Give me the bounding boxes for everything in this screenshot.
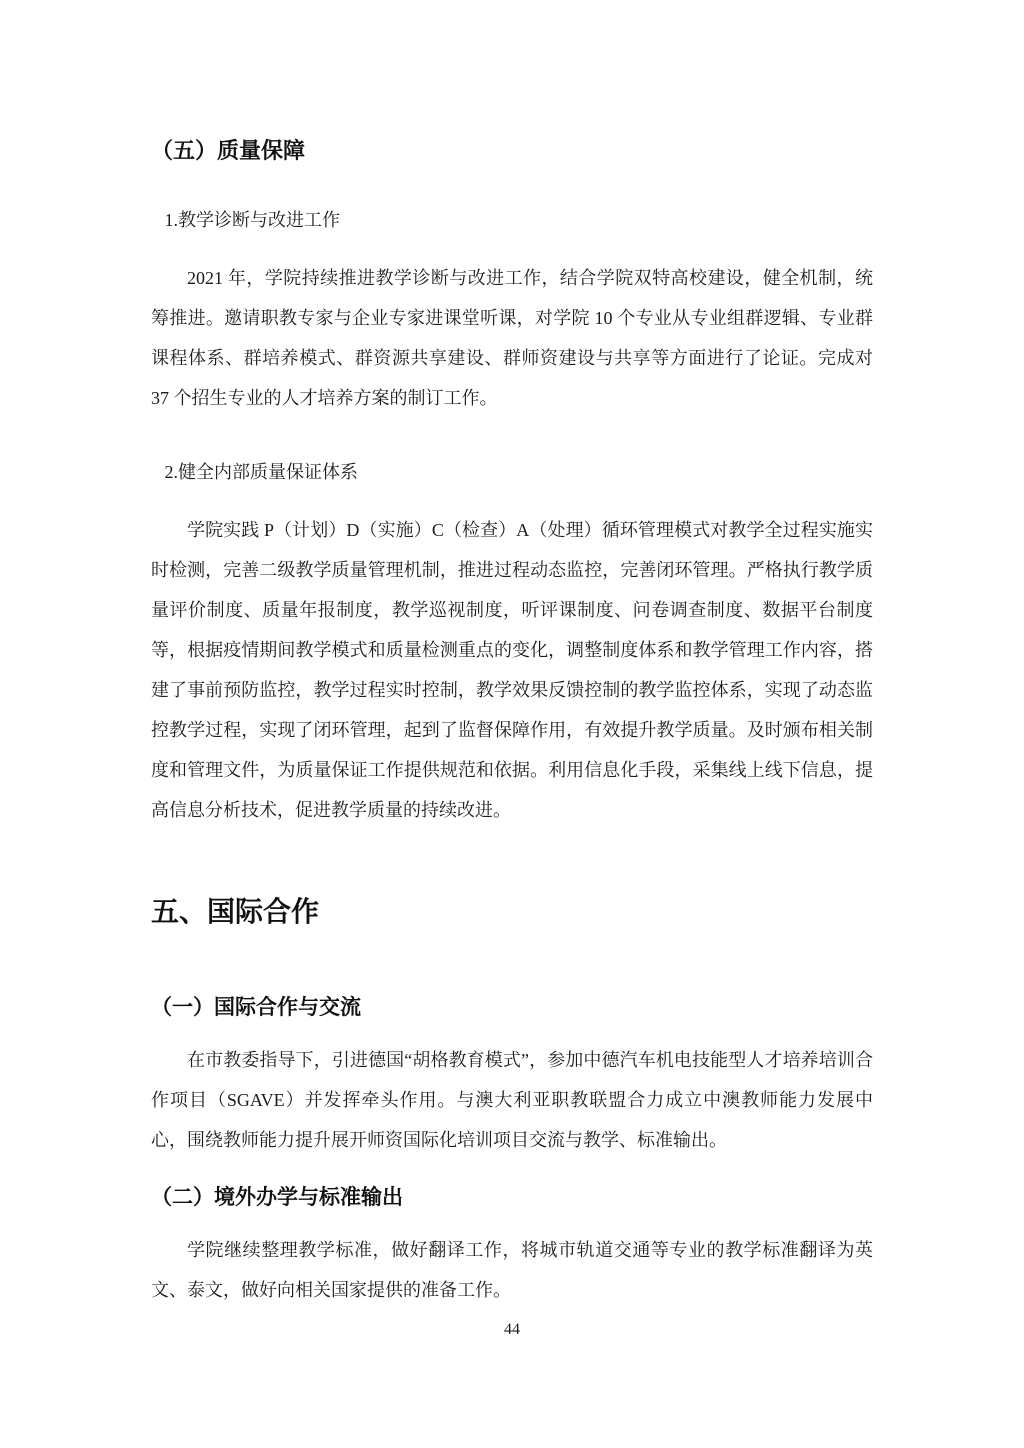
document-page: （五）质量保障 1.教学诊断与改进工作 2021 年，学院持续推进教学诊断与改进… xyxy=(0,0,1024,1448)
page-content: （五）质量保障 1.教学诊断与改进工作 2021 年，学院持续推进教学诊断与改进… xyxy=(151,0,873,1340)
paragraph-quality-system: 学院实践 P（计划）D（实施）C（检查）A（处理）循环管理模式对教学全过程实施实… xyxy=(151,510,873,830)
subsection-heading-overseas-education: （二）境外办学与标准输出 xyxy=(151,1184,873,1212)
paragraph-overseas-education: 学院继续整理教学标准，做好翻译工作，将城市轨道交通等专业的教学标准翻译为英文、泰… xyxy=(151,1230,873,1310)
paragraph-cooperation-exchange: 在市教委指导下，引进德国“胡格教育模式”，参加中德汽车机电技能型人才培养培训合作… xyxy=(151,1040,873,1160)
numbered-item-title-quality-system: 2.健全内部质量保证体系 xyxy=(151,458,873,486)
section-heading-quality-assurance: （五）质量保障 xyxy=(151,136,873,166)
subsection-heading-cooperation-exchange: （一）国际合作与交流 xyxy=(151,994,873,1022)
numbered-item-title-diagnosis: 1.教学诊断与改进工作 xyxy=(151,206,873,234)
page-number: 44 xyxy=(151,1320,873,1340)
paragraph-diagnosis-improvement: 2021 年，学院持续推进教学诊断与改进工作，结合学院双特高校建设，健全机制，统… xyxy=(151,258,873,418)
chapter-heading-international-cooperation: 五、国际合作 xyxy=(151,894,873,930)
